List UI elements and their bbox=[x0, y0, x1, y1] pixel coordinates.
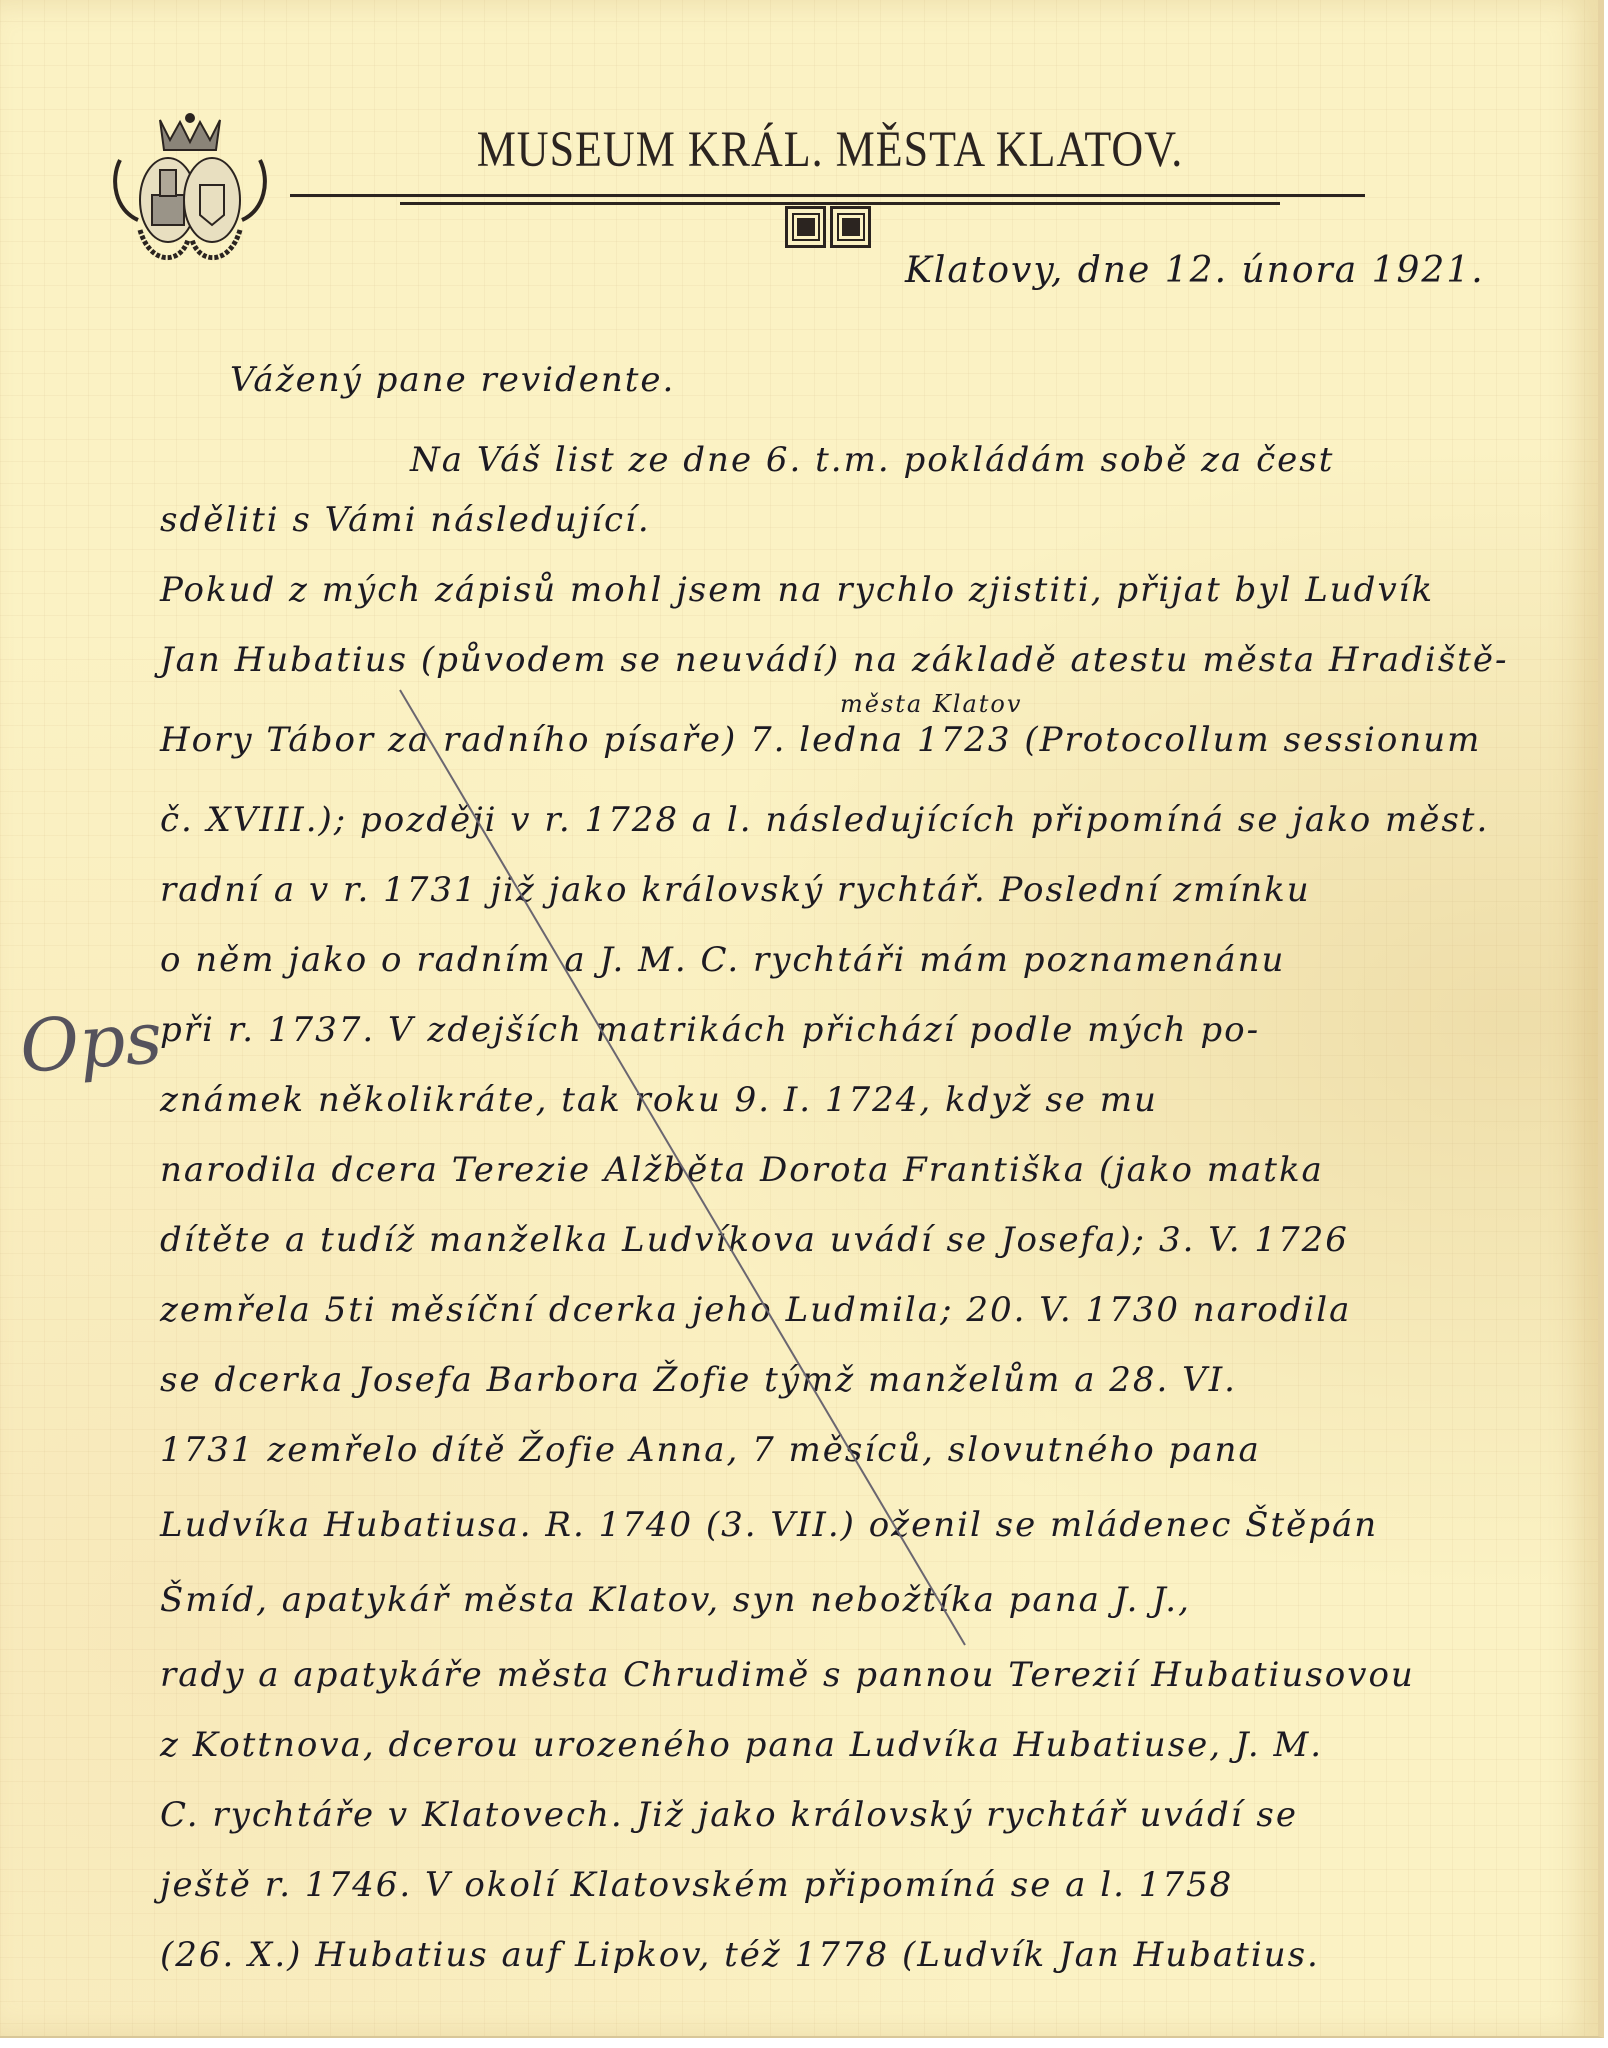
greek-key-ornament-icon bbox=[785, 206, 871, 246]
inserted-note: města Klatov bbox=[840, 690, 1022, 718]
letter-line: dítěte a tudíž manželka Ludvíkova uvádí … bbox=[160, 1220, 1349, 1260]
letter-line: 1731 zemřelo dítě Žofie Anna, 7 měsíců, … bbox=[160, 1430, 1261, 1470]
letter-line: zemřela 5ti měsíční dcerka jeho Ludmila;… bbox=[160, 1290, 1351, 1330]
place-date: Klatovy, dne 12. února 1921. bbox=[905, 250, 1485, 291]
letter-line: rady a apatykáře města Chrudimě s pannou… bbox=[160, 1655, 1415, 1695]
letter-line: při r. 1737. V zdejších matrikách přichá… bbox=[160, 1010, 1260, 1050]
coat-of-arms-icon bbox=[100, 100, 280, 270]
letter-line: narodila dcera Terezie Alžběta Dorota Fr… bbox=[160, 1150, 1324, 1190]
letter-line: Šmíd, apatykář města Klatov, syn nebožtí… bbox=[160, 1580, 1191, 1620]
letter-line: Na Váš list ze dne 6. t.m. pokládám sobě… bbox=[410, 440, 1334, 480]
letter-line: C. rychtáře v Klatovech. Již jako králov… bbox=[160, 1795, 1298, 1835]
letter-line: radní a v r. 1731 již jako královský ryc… bbox=[160, 870, 1311, 910]
letter-line: Hory Tábor za radního písaře) 7. ledna 1… bbox=[160, 720, 1481, 760]
letter-line: Ludvíka Hubatiusa. R. 1740 (3. VII.) ože… bbox=[160, 1505, 1378, 1545]
letter-line: o něm jako o radním a J. M. C. rychtáři … bbox=[160, 940, 1285, 980]
header-rule bbox=[290, 194, 1365, 197]
letter-line: ještě r. 1746. V okolí Klatovském připom… bbox=[160, 1865, 1233, 1905]
letter-paper: MUSEUM KRÁL. MĚSTA KLATOV. Klatovy, dne … bbox=[0, 0, 1604, 2038]
letter-line: známek několikráte, tak roku 9. I. 1724,… bbox=[160, 1080, 1158, 1120]
letter-line: (26. X.) Hubatius auf Lipkov, též 1778 (… bbox=[160, 1935, 1320, 1975]
letter-line: č. XVIII.); později v r. 1728 a l. násle… bbox=[160, 800, 1489, 840]
margin-annotation: Ops bbox=[17, 995, 165, 1089]
header-rule-lower bbox=[400, 202, 1280, 205]
letter-line: Pokud z mých zápisů mohl jsem na rychlo … bbox=[160, 570, 1434, 610]
letter-line: sděliti s Vámi následující. bbox=[160, 500, 651, 540]
letter-line: z Kottnova, dcerou urozeného pana Ludvík… bbox=[160, 1725, 1323, 1765]
letter-line: se dcerka Josefa Barbora Žofie týmž manž… bbox=[160, 1360, 1237, 1400]
salutation: Vážený pane revidente. bbox=[230, 360, 675, 400]
letterhead-title: MUSEUM KRÁL. MĚSTA KLATOV. bbox=[380, 120, 1280, 179]
letter-line: Jan Hubatius (původem se neuvádí) na zák… bbox=[160, 640, 1508, 680]
